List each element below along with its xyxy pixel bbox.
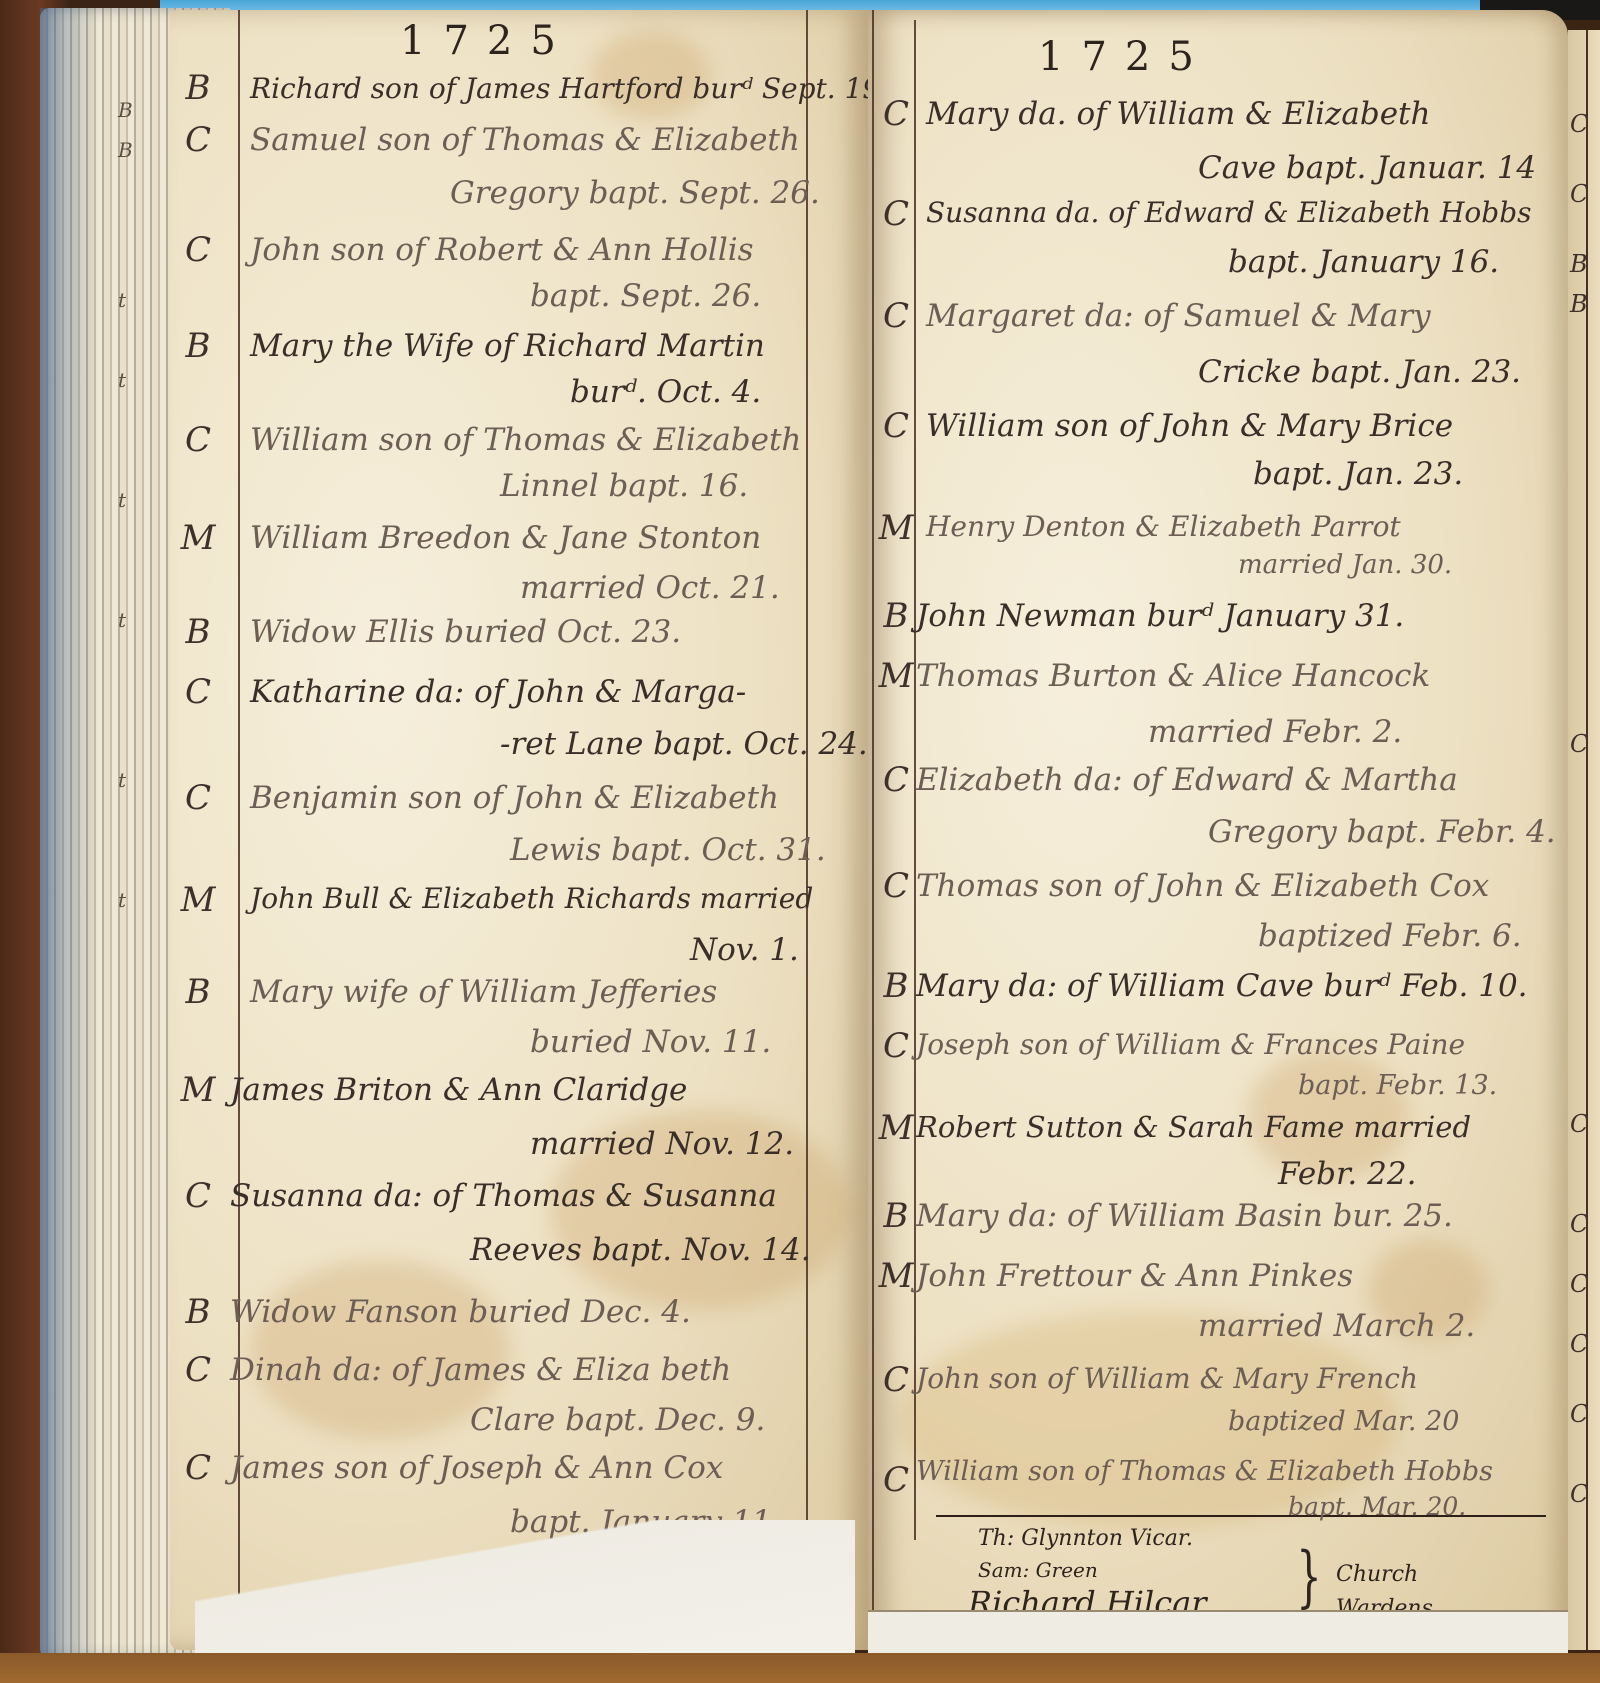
entry-line: John son of William & Mary French bbox=[916, 1362, 1418, 1395]
baptism-mark: C bbox=[178, 230, 218, 270]
gutter-rule bbox=[872, 10, 874, 1630]
entry-line: bapt. Febr. 13. bbox=[1298, 1070, 1497, 1101]
entry-line: Susanna da. of Edward & Elizabeth Hobbs bbox=[926, 196, 1532, 229]
entry-line: William son of Thomas & Elizabeth Hobbs bbox=[916, 1456, 1493, 1487]
entry-line: married Nov. 12. bbox=[530, 1126, 794, 1162]
baptism-mark: C bbox=[178, 1350, 218, 1390]
entry-line: Robert Sutton & Sarah Fame married bbox=[916, 1110, 1471, 1144]
baptism-mark: C bbox=[876, 94, 916, 134]
entry-line: John Frettour & Ann Pinkes bbox=[916, 1258, 1353, 1294]
left-register-page: 1725 B Richard son of James Hartford bur… bbox=[170, 10, 870, 1650]
entry-line: Reeves bapt. Nov. 14. bbox=[470, 1232, 811, 1268]
entry-line: Susanna da: of Thomas & Susanna bbox=[230, 1178, 777, 1214]
burial-mark: B bbox=[876, 966, 916, 1006]
next-page-mark: C bbox=[1570, 1270, 1588, 1298]
stack-shadow bbox=[40, 8, 100, 1658]
page-year-heading: 1725 bbox=[400, 18, 574, 64]
page-corner-edges bbox=[195, 1520, 855, 1673]
stack-margin-mark: t bbox=[118, 488, 126, 512]
entry-line: Lewis bapt. Oct. 31. bbox=[510, 832, 826, 868]
entry-line: Cave bapt. Januar. 14 bbox=[1198, 150, 1536, 186]
entry-line: Thomas Burton & Alice Hancock bbox=[916, 658, 1430, 694]
entry-line: Benjamin son of John & Elizabeth bbox=[250, 780, 779, 816]
baptism-mark: C bbox=[178, 778, 218, 818]
baptism-mark: C bbox=[178, 1448, 218, 1488]
entry-line: Joseph son of William & Frances Paine bbox=[916, 1028, 1465, 1061]
entry-line: William son of John & Mary Brice bbox=[926, 408, 1453, 444]
marriage-mark: M bbox=[876, 656, 916, 696]
entry-line: bapt. Mar. 20. bbox=[1288, 1492, 1466, 1521]
entry-line: John son of Robert & Ann Hollis bbox=[250, 232, 754, 268]
marriage-mark: M bbox=[178, 518, 218, 558]
next-page-mark: B bbox=[1570, 290, 1588, 318]
stack-margin-mark: B bbox=[118, 138, 133, 162]
entry-line: William Breedon & Jane Stonton bbox=[250, 520, 761, 556]
entry-line: bapt. Sept. 26. bbox=[530, 278, 761, 314]
warden-signature: Sam: Green bbox=[978, 1558, 1098, 1582]
stack-margin-mark: t bbox=[118, 888, 126, 912]
entry-line: James son of Joseph & Ann Cox bbox=[230, 1450, 723, 1486]
entry-line: Febr. 22. bbox=[1278, 1156, 1416, 1192]
next-page-mark: C bbox=[1570, 1110, 1588, 1138]
gutter-rule bbox=[806, 10, 808, 1640]
entry-line: Widow Fanson buried Dec. 4. bbox=[230, 1294, 691, 1330]
entry-line: James Briton & Ann Claridge bbox=[230, 1072, 687, 1108]
entry-line: Gregory bapt. Febr. 4. bbox=[1208, 814, 1556, 850]
marriage-mark: M bbox=[876, 508, 916, 548]
baptism-mark: C bbox=[876, 760, 916, 800]
entry-line: Mary da: of William Basin bur. 25. bbox=[916, 1198, 1453, 1234]
wooden-table-edge bbox=[0, 1653, 1600, 1683]
entry-line: Linnel bapt. 16. bbox=[500, 468, 748, 504]
entry-line: married Oct. 21. bbox=[520, 570, 780, 606]
baptism-mark: C bbox=[178, 420, 218, 460]
entry-line: Gregory bapt. Sept. 26. bbox=[450, 175, 820, 211]
stack-margin-mark: t bbox=[118, 368, 126, 392]
next-page-mark: C bbox=[1570, 1330, 1588, 1358]
baptism-mark: C bbox=[876, 406, 916, 446]
entry-line: Clare bapt. Dec. 9. bbox=[470, 1402, 765, 1438]
baptism-mark: C bbox=[876, 1460, 916, 1500]
entry-line: Nov. 1. bbox=[690, 932, 799, 968]
marriage-mark: M bbox=[876, 1108, 916, 1148]
burial-mark: B bbox=[178, 68, 218, 108]
baptism-mark: C bbox=[178, 1176, 218, 1216]
burial-mark: B bbox=[178, 972, 218, 1012]
next-page-mark: C bbox=[1570, 730, 1588, 758]
entry-line: Samuel son of Thomas & Elizabeth bbox=[250, 122, 800, 158]
next-page-mark: C bbox=[1570, 1400, 1588, 1428]
next-page-mark: C bbox=[1570, 1480, 1588, 1508]
entry-line: bapt. January 16. bbox=[1228, 244, 1499, 280]
entry-line: Mary da: of William Cave burᵈ Feb. 10. bbox=[916, 968, 1528, 1004]
entry-line: Mary da. of William & Elizabeth bbox=[926, 96, 1430, 132]
page-year-heading: 1725 bbox=[1038, 34, 1212, 80]
entry-line: Widow Ellis buried Oct. 23. bbox=[250, 614, 681, 650]
marriage-mark: M bbox=[876, 1256, 916, 1296]
next-page-sliver: C C B B C C C C C C C bbox=[1568, 30, 1600, 1650]
baptism-mark: C bbox=[876, 194, 916, 234]
entry-line: married March 2. bbox=[1198, 1308, 1475, 1344]
right-register-page: 1725 C Mary da. of William & Elizabeth C… bbox=[868, 10, 1568, 1640]
vicar-signature: Th: Glynnton Vicar. bbox=[978, 1526, 1193, 1551]
entry-line: married Jan. 30. bbox=[1238, 550, 1452, 580]
burial-mark: B bbox=[876, 1196, 916, 1236]
entry-line: buried Nov. 11. bbox=[530, 1024, 771, 1060]
entry-line: married Febr. 2. bbox=[1148, 714, 1402, 750]
brace-glyph: } bbox=[1296, 1538, 1321, 1615]
entry-line: burᵈ. Oct. 4. bbox=[570, 374, 761, 410]
baptism-mark: C bbox=[876, 296, 916, 336]
entry-line: bapt. Jan. 23. bbox=[1253, 456, 1463, 492]
burial-mark: B bbox=[178, 326, 218, 366]
stack-margin-mark: t bbox=[118, 768, 126, 792]
entry-line: John Newman burᵈ January 31. bbox=[916, 598, 1404, 634]
entry-line: Katharine da: of John & Marga- bbox=[250, 674, 746, 710]
baptism-mark: C bbox=[876, 1026, 916, 1066]
stack-margin-mark: t bbox=[118, 608, 126, 632]
next-page-mark: C bbox=[1570, 1210, 1588, 1238]
entry-line: Elizabeth da: of Edward & Martha bbox=[916, 762, 1458, 798]
entry-line: baptized Mar. 20 bbox=[1228, 1406, 1459, 1437]
entry-line: Thomas son of John & Elizabeth Cox bbox=[916, 868, 1489, 904]
entry-line: Margaret da: of Samuel & Mary bbox=[926, 298, 1431, 334]
baptism-mark: C bbox=[876, 1360, 916, 1400]
entry-line: Richard son of James Hartford burᵈ Sept.… bbox=[250, 72, 889, 105]
marriage-mark: M bbox=[178, 880, 218, 920]
entry-line: Henry Denton & Elizabeth Parrot bbox=[926, 510, 1401, 543]
burial-mark: B bbox=[178, 1292, 218, 1332]
stack-margin-mark: t bbox=[118, 288, 126, 312]
baptism-mark: C bbox=[178, 120, 218, 160]
stack-margin-mark: B bbox=[118, 98, 133, 122]
burial-mark: B bbox=[876, 596, 916, 636]
baptism-mark: C bbox=[178, 672, 218, 712]
next-page-mark: C bbox=[1570, 180, 1588, 208]
entry-line: William son of Thomas & Elizabeth bbox=[250, 422, 801, 458]
entry-line: John Bull & Elizabeth Richards married bbox=[250, 882, 813, 915]
next-page-mark: B bbox=[1570, 250, 1588, 278]
next-page-mark: C bbox=[1570, 110, 1588, 138]
margin-rule bbox=[238, 10, 240, 1640]
entry-line: -ret Lane bapt. Oct. 24. bbox=[500, 726, 868, 762]
entry-line: Cricke bapt. Jan. 23. bbox=[1198, 354, 1521, 390]
burial-mark: B bbox=[178, 612, 218, 652]
entry-line: Mary the Wife of Richard Martin bbox=[250, 328, 765, 364]
entry-line: Mary wife of William Jefferies bbox=[250, 974, 717, 1010]
baptism-mark: C bbox=[876, 866, 916, 906]
entry-line: Dinah da: of James & Eliza beth bbox=[230, 1352, 731, 1388]
marriage-mark: M bbox=[178, 1070, 218, 1110]
entry-line: baptized Febr. 6. bbox=[1258, 918, 1522, 954]
